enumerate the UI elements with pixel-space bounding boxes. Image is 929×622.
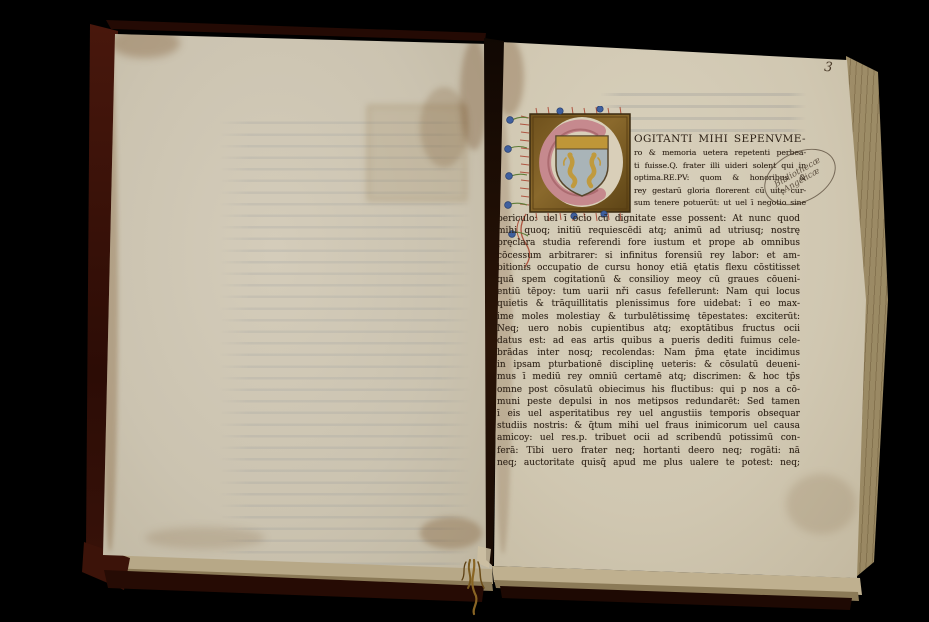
text-line: ro & memoria uetera repetenti perbea- [634, 147, 806, 160]
left-page-blank [90, 22, 500, 597]
text-line: periculo: uel ī ocio cū dignitate esse p… [497, 213, 800, 225]
bottom-stain [145, 527, 265, 549]
text-line: cōcessum arbitrarer: si infinitus forens… [497, 250, 800, 262]
text-line: amicoy: uel res.p. tribuet ocii ad scrib… [497, 432, 800, 444]
right-page-text: 3 [486, 34, 888, 594]
page-stain [420, 87, 468, 167]
text-line: bitionis occupatio de cursu honoy etiā ę… [497, 262, 800, 274]
bottom-gutter-stain [420, 517, 482, 549]
incipit-heading: OGITANTI MIHI SEPENVME- [634, 132, 806, 147]
text-line: ime moles molestiay & turbulētissimę tēp… [497, 311, 800, 323]
text-line: brādas inter nosq; recolendas: Nam p̄ma … [497, 347, 800, 359]
text-line: in ipsam pturbationē disciplinę ueteris:… [497, 359, 800, 371]
text-line: datus est: ad eas artis quibus a pueris … [497, 335, 800, 347]
text-line: omne post cōsulatū obiecimus his fluctib… [497, 384, 800, 396]
sewing-thread-icon [448, 558, 518, 620]
text-line: neq; auctoritate quisq̄ apud me plus ual… [497, 457, 800, 469]
corner-stain [110, 28, 180, 58]
text-line: quā spem cogitationū & consilioy meoy cū… [497, 274, 800, 286]
text-line: mihi quoq; initiū requiescēdi atq; animū… [497, 225, 800, 237]
text-line: muni peste depulsi in nos metipsos redun… [497, 396, 800, 408]
text-line: studiis nostris: & q̄tum mihi uel fraus … [497, 420, 800, 432]
folio-number: 3 [823, 60, 849, 80]
text-line: pręclara studia referendi fore iustum et… [497, 237, 800, 249]
text-line: Neq; uero nobis cupientibus atq; exoptāt… [497, 323, 800, 335]
corner-stain [786, 474, 856, 534]
text-line: entiū tēpoy: tum uarii nři casus fefelle… [497, 286, 800, 298]
text-block-full: periculo: uel ī ocio cū dignitate esse p… [497, 213, 800, 469]
text-line: ī eis uel asperitatibus rey uel angustii… [497, 408, 800, 420]
book-photograph: 3 [0, 0, 929, 622]
text-line: mus ī mediū rey omniū certamē atq; discr… [497, 371, 800, 383]
text-line: ferā: Tibi uero frater neq; hortanti dee… [497, 445, 800, 457]
text-line: quietis & trāquillitatis plenissimus for… [497, 298, 800, 310]
